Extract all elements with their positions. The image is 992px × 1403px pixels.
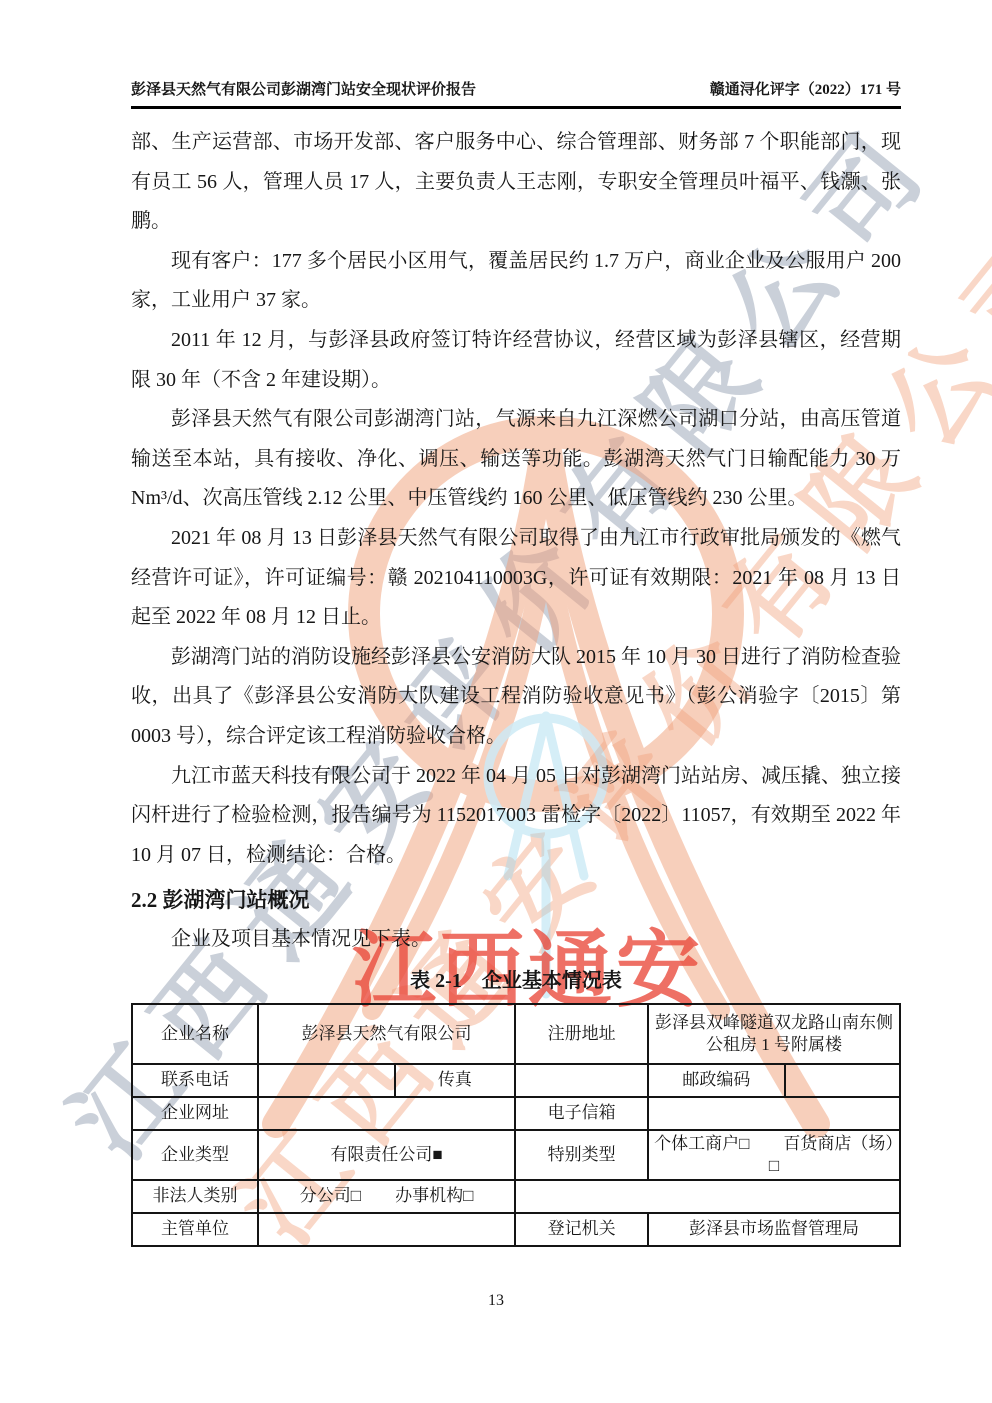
non-legal-person-label: 非法人类别: [132, 1180, 258, 1213]
website-value: [258, 1097, 515, 1130]
postal-code-value: [785, 1064, 900, 1097]
table-row: 企业名称 彭泽县天然气有限公司 注册地址 彭泽县双峰隧道双龙路山南东侧公租房 1…: [132, 1004, 900, 1064]
special-type-value: 个体工商户□ 百货商店（场）□: [648, 1130, 900, 1180]
page-content: 彭泽县天然气有限公司彭湖湾门站安全现状评价报告 赣通浔化评字（2022）171 …: [0, 0, 992, 1403]
section-intro: 企业及项目基本情况见下表。: [131, 920, 901, 960]
body-paragraph: 九江市蓝天科技有限公司于 2022 年 04 月 05 日对彭湖湾门站站房、减压…: [131, 757, 901, 876]
section-intro-wrap: 企业及项目基本情况见下表。: [131, 920, 901, 960]
company-name-value: 彭泽县天然气有限公司: [258, 1004, 515, 1064]
fax-label: 传真: [395, 1064, 516, 1097]
table-caption: 表 2-1 企业基本情况表: [131, 966, 901, 996]
supervisor-unit-value: [258, 1213, 515, 1246]
body-paragraph: 2021 年 08 月 13 日彭泽县天然气有限公司取得了由九江市行政审批局颁发…: [131, 519, 901, 638]
body-paragraph: 部、生产运营部、市场开发部、客户服务中心、综合管理部、财务部 7 个职能部门，现…: [131, 123, 901, 242]
body-text: 部、生产运营部、市场开发部、客户服务中心、综合管理部、财务部 7 个职能部门，现…: [131, 123, 901, 875]
email-label: 电子信箱: [515, 1097, 648, 1130]
table-row: 企业网址 电子信箱: [132, 1097, 900, 1130]
body-paragraph: 彭湖湾门站的消防设施经彭泽县公安消防大队 2015 年 10 月 30 日进行了…: [131, 638, 901, 757]
non-legal-person-value: 分公司□ 办事机构□: [258, 1180, 515, 1213]
phone-value: [258, 1064, 395, 1097]
section-heading: 2.2 彭湖湾门站概况: [131, 880, 901, 920]
special-type-label: 特别类型: [515, 1130, 648, 1180]
table-row: 企业类型 有限责任公司■ 特别类型 个体工商户□ 百货商店（场）□: [132, 1130, 900, 1180]
header-doc-number: 赣通浔化评字（2022）171 号: [710, 78, 901, 99]
registration-authority-value: 彭泽县市场监督管理局: [648, 1213, 900, 1246]
table-row: 联系电话 传真 邮政编码: [132, 1064, 900, 1097]
company-type-label: 企业类型: [132, 1130, 258, 1180]
registered-address-value: 彭泽县双峰隧道双龙路山南东侧公租房 1 号附属楼: [648, 1004, 900, 1064]
company-info-table: 企业名称 彭泽县天然气有限公司 注册地址 彭泽县双峰隧道双龙路山南东侧公租房 1…: [131, 1003, 901, 1247]
company-type-value: 有限责任公司■: [258, 1130, 515, 1180]
body-paragraph: 现有客户：177 多个居民小区用气，覆盖居民约 1.7 万户，商业企业及公服用户…: [131, 242, 901, 321]
website-label: 企业网址: [132, 1097, 258, 1130]
registration-authority-label: 登记机关: [515, 1213, 648, 1246]
phone-label: 联系电话: [132, 1064, 258, 1097]
company-name-label: 企业名称: [132, 1004, 258, 1064]
page-number: 13: [0, 1292, 992, 1310]
registered-address-label: 注册地址: [515, 1004, 648, 1064]
supervisor-unit-label: 主管单位: [132, 1213, 258, 1246]
postal-code-label: 邮政编码: [648, 1064, 785, 1097]
body-paragraph: 2011 年 12 月，与彭泽县政府签订特许经营协议，经营区域为彭泽县辖区，经营…: [131, 321, 901, 400]
document-page: 江西通安评价有限公司 江西通安评价有限公司 江西通安 彭泽县天然气有限公司彭湖湾…: [0, 0, 992, 1403]
fax-value: [515, 1064, 648, 1097]
table-row: 非法人类别 分公司□ 办事机构□: [132, 1180, 900, 1213]
email-value: [648, 1097, 900, 1130]
page-header: 彭泽县天然气有限公司彭湖湾门站安全现状评价报告 赣通浔化评字（2022）171 …: [131, 78, 901, 109]
body-paragraph: 彭泽县天然气有限公司彭湖湾门站，气源来自九江深燃公司湖口分站，由高压管道输送至本…: [131, 400, 901, 519]
non-legal-person-extra: [515, 1180, 900, 1213]
header-report-title: 彭泽县天然气有限公司彭湖湾门站安全现状评价报告: [131, 78, 476, 99]
table-row: 主管单位 登记机关 彭泽县市场监督管理局: [132, 1213, 900, 1246]
